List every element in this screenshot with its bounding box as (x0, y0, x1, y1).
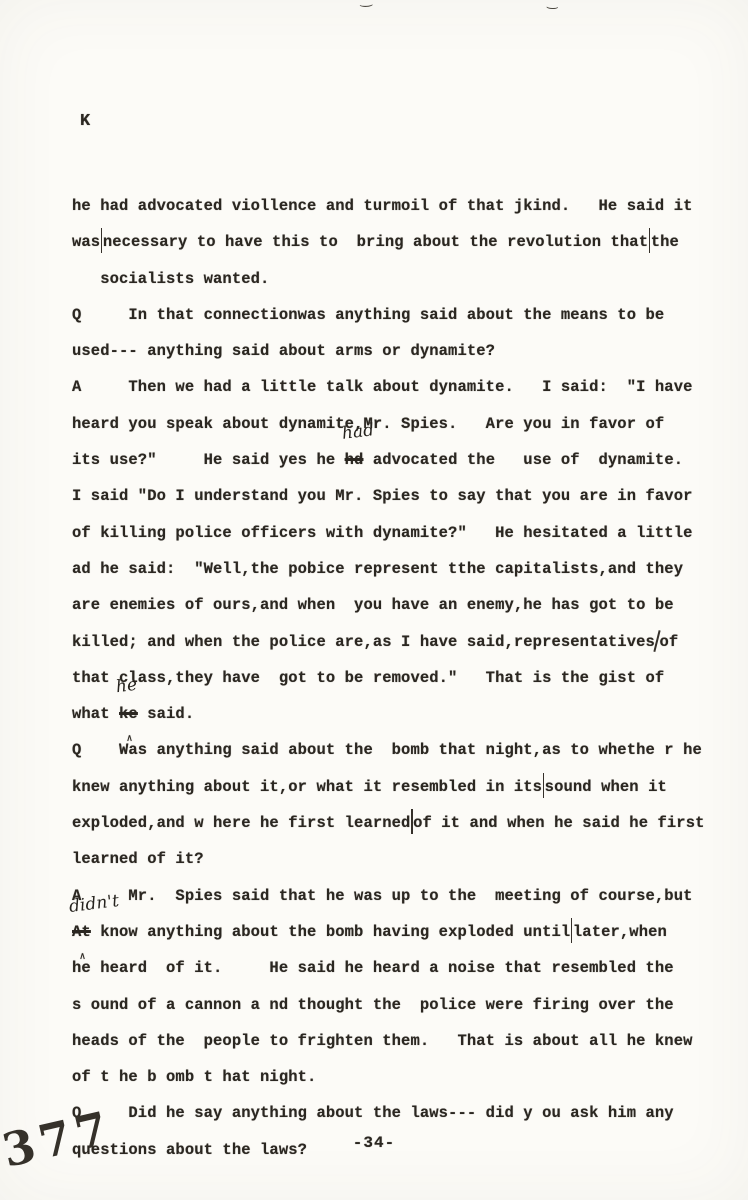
transcript-line: its use?" He said yes he hdhad advocated… (72, 442, 734, 478)
typed-text: the (651, 233, 679, 251)
ink-smudge: ⌣ (357, 0, 375, 13)
struck-word: ke (119, 705, 138, 723)
typed-text: used--- anything said about arms or dyna… (72, 342, 495, 360)
corrected-word: Atdidn't∧ (72, 914, 91, 950)
typed-text: Q Did he say anything about the laws--- … (72, 1104, 674, 1122)
scanned-transcript-page: ⌣ ⌣ K he had advocated viollence and tur… (0, 0, 748, 1200)
transcript-line: Q Was anything said about the bomb that … (72, 732, 734, 768)
transcript-line: that class,they have got to be removed."… (72, 660, 734, 696)
typed-text: he had advocated viollence and turmoil o… (72, 197, 693, 215)
typed-text: of killing police officers with dynamite… (72, 524, 693, 542)
typed-text: Q Was anything said about the bomb that … (72, 741, 702, 759)
transcript-line: of killing police officers with dynamite… (72, 515, 734, 551)
caret-mark: ∧ (127, 735, 133, 745)
typed-text: later,when (573, 923, 667, 941)
transcript-line: killed; and when the police are,as I hav… (72, 624, 734, 660)
typed-text: heads of the people to frighten them. Th… (72, 1032, 693, 1050)
transcript-line: are enemies of ours,and when you have an… (72, 587, 734, 623)
typed-text: killed; and when the police are,as I hav… (72, 633, 655, 651)
transcript-line: Atdidn't∧ know anything about the bomb h… (72, 914, 734, 950)
transcript-body: he had advocated viollence and turmoil o… (72, 188, 734, 1168)
transcript-line: heads of the people to frighten them. Th… (72, 1023, 734, 1059)
typed-text: said. (138, 705, 194, 723)
typed-text: know anything about the bomb having expl… (91, 923, 570, 941)
transcript-line: heard you speak about dynamite,Mr. Spies… (72, 406, 734, 442)
transcript-line: of t he b omb t hat night. (72, 1059, 734, 1095)
corrected-word: kehe∧ (119, 696, 138, 732)
typed-text: socialists wanted. (72, 270, 269, 288)
typed-text: Q In that connectionwas anything said ab… (72, 306, 664, 324)
reporter-initial: K (80, 112, 90, 131)
transcript-line: s ound of a cannon a nd thought the poli… (72, 987, 734, 1023)
typed-text: learned of it? (72, 850, 204, 868)
caret-mark: ∧ (80, 953, 86, 963)
typed-text: A Mr. Spies said that he was up to the m… (72, 887, 693, 905)
typed-text: was (72, 233, 100, 251)
typed-text: sound when it (545, 778, 667, 796)
page-number: -34- (353, 1134, 395, 1152)
typed-text: are enemies of ours,and when you have an… (72, 596, 674, 614)
transcript-line: he heard of it. He said he heard a noise… (72, 950, 734, 986)
transcript-line: A Mr. Spies said that he was up to the m… (72, 878, 734, 914)
transcript-line: wasnecessary to have this to bring about… (72, 224, 734, 260)
typed-text: knew anything about it,or what it resemb… (72, 778, 542, 796)
transcript-line: questions about the laws? (72, 1132, 734, 1168)
handwritten-correction: had (341, 422, 375, 443)
typed-text: of t he b omb t hat night. (72, 1068, 316, 1086)
transcript-line: knew anything about it,or what it resemb… (72, 769, 734, 805)
transcript-line: Q Did he say anything about the laws--- … (72, 1095, 734, 1131)
typed-text: exploded,and w here he first learned (72, 814, 410, 832)
typed-text: advocated the use of dynamite. (363, 451, 683, 469)
typed-text: that class,they have got to be removed."… (72, 669, 664, 687)
transcript-line: Q In that connectionwas anything said ab… (72, 297, 734, 333)
transcript-line: ad he said: "Well,the pobice represent t… (72, 551, 734, 587)
transcript-line: what kehe∧ said. (72, 696, 734, 732)
corrected-word: hdhad (345, 442, 364, 478)
transcript-line: I said "Do I understand you Mr. Spies to… (72, 478, 734, 514)
struck-word: hd (345, 451, 364, 469)
transcript-line: A Then we had a little talk about dynami… (72, 369, 734, 405)
handwritten-correction: he (115, 677, 138, 696)
transcript-line: exploded,and w here he first learnedof i… (72, 805, 734, 841)
struck-word: At (72, 923, 91, 941)
typed-text: of it and when he said he first (413, 814, 704, 832)
transcript-line: learned of it? (72, 841, 734, 877)
typed-text: I said "Do I understand you Mr. Spies to… (72, 487, 693, 505)
typed-text: s ound of a cannon a nd thought the poli… (72, 996, 674, 1014)
typed-text: necessary to have this to bring about th… (103, 233, 648, 251)
typed-text: what (72, 705, 119, 723)
typed-text: he heard of it. He said he heard a noise… (72, 959, 674, 977)
transcript-line: used--- anything said about arms or dyna… (72, 333, 734, 369)
typed-text: of (660, 633, 679, 651)
typed-text: ad he said: "Well,the pobice represent t… (72, 560, 683, 578)
typed-text: A Then we had a little talk about dynami… (72, 378, 693, 396)
typed-text: its use?" He said yes he (72, 451, 345, 469)
transcript-line: he had advocated viollence and turmoil o… (72, 188, 734, 224)
ink-smudge: ⌣ (545, 0, 560, 15)
transcript-line: socialists wanted. (72, 261, 734, 297)
